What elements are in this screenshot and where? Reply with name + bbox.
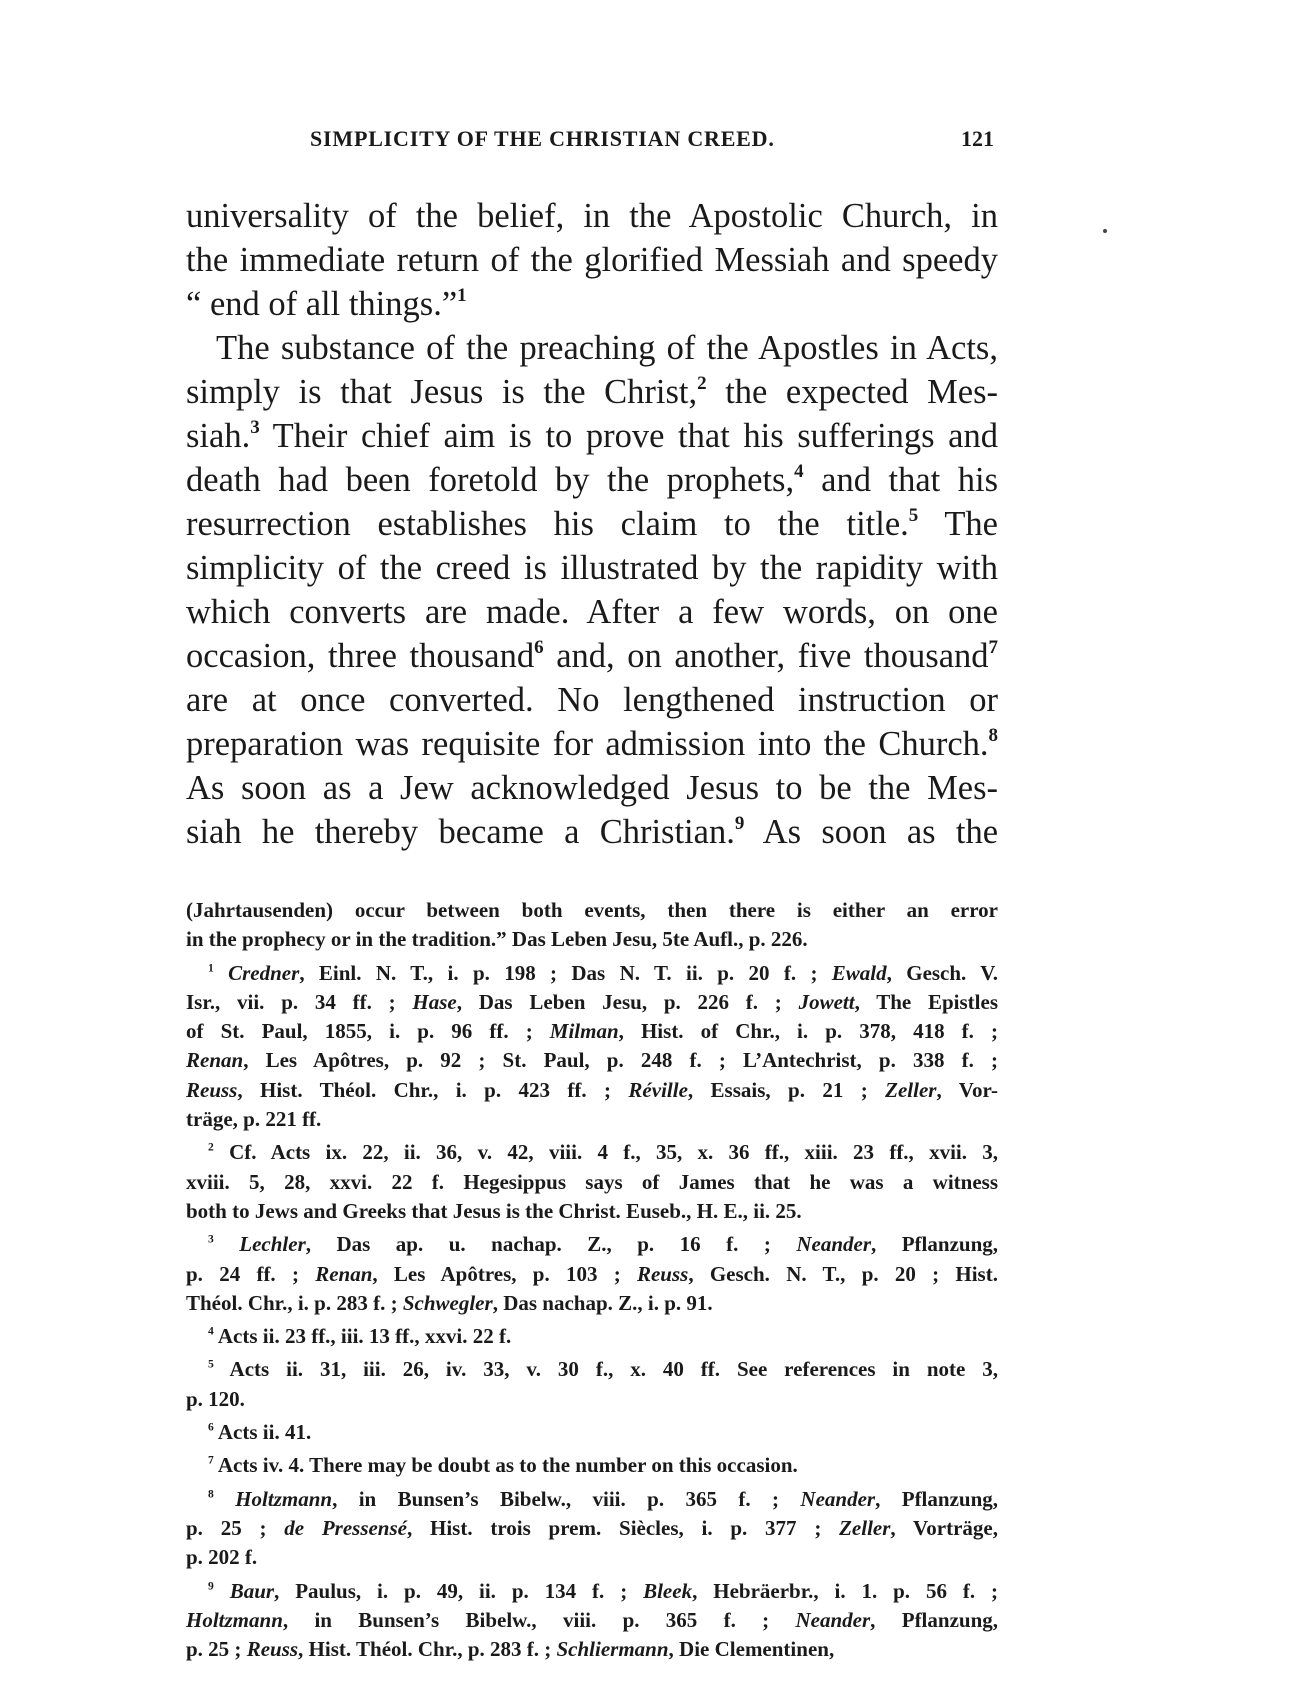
body-line-text: death had been foretold by the prophets,	[186, 461, 794, 499]
body-line-text: Their chief aim is to prove that his suf…	[260, 417, 998, 455]
cited-author: de Pressensé	[284, 1516, 407, 1540]
footnote-mark: 6	[208, 1421, 214, 1433]
cited-author: Renan	[186, 1048, 243, 1072]
body-line: the immediate return of the glorified Me…	[186, 238, 998, 282]
cited-author: Baur	[230, 1579, 274, 1603]
footnote-5-line: 5 Acts ii. 31, iii. 26, iv. 33, v. 30 f.…	[186, 1355, 998, 1384]
body-line: simplicity of the creed is illustrated b…	[186, 546, 998, 590]
cited-author: Réville	[628, 1078, 687, 1102]
footnote-continuation-line: in the prophecy or in the tradition.” Da…	[186, 925, 998, 954]
footnote-mark: 9	[208, 1580, 214, 1592]
footnote-7-line: 7 Acts iv. 4. There may be doubt as to t…	[186, 1451, 998, 1480]
body-line-text: The	[918, 505, 998, 543]
footnote-4-line: 4 Acts ii. 23 ff., iii. 13 ff., xxvi. 22…	[186, 1322, 998, 1351]
body-line-text: “ end of all things.”	[186, 285, 457, 323]
footnote-1-line: Renan, Les Apôtres, p. 92 ; St. Paul, p.…	[186, 1046, 998, 1075]
body-line: The substance of the preaching of the Ap…	[186, 326, 998, 370]
body-line: death had been foretold by the prophets,…	[186, 458, 998, 502]
footnote-ref[interactable]: 1	[457, 285, 466, 306]
cited-author: Zeller	[839, 1516, 890, 1540]
footnote-1-line: of St. Paul, 1855, i. p. 96 ff. ; Milman…	[186, 1017, 998, 1046]
footnote-mark: 8	[208, 1488, 214, 1500]
cited-author: Zeller	[885, 1078, 936, 1102]
footnote-mark: 3	[208, 1234, 214, 1246]
footnote-ref[interactable]: 4	[794, 461, 803, 482]
body-line: “ end of all things.”1	[186, 282, 998, 326]
footnote-continuation-line: (Jahrtausenden) occur between both event…	[186, 896, 998, 925]
footnote-mark: 4	[208, 1326, 214, 1338]
body-line: resurrection establishes his claim to th…	[186, 502, 998, 546]
body-line-text: simplicity of the creed is illustrated b…	[186, 549, 998, 587]
body-text: universality of the belief, in the Apost…	[186, 194, 998, 854]
cited-author: Jowett	[799, 990, 855, 1014]
body-line-text: preparation was requisite for admission …	[186, 725, 989, 763]
body-line-text: are at once converted. No lengthened ins…	[186, 681, 998, 719]
footnote-ref[interactable]: 7	[989, 637, 998, 658]
cited-author: Reuss	[186, 1078, 237, 1102]
footnote-1-line: Reuss, Hist. Théol. Chr., i. p. 423 ff. …	[186, 1076, 998, 1105]
footnote-2-line: both to Jews and Greeks that Jesus is th…	[186, 1197, 998, 1226]
footnote-mark: 1	[208, 962, 214, 974]
footnote-ref[interactable]: 5	[909, 505, 918, 526]
footnote-6-line: 6 Acts ii. 41.	[186, 1418, 998, 1447]
footnote-1-line: 1 Credner, Einl. N. T., i. p. 198 ; Das …	[186, 959, 998, 988]
footnote-ref[interactable]: 8	[989, 725, 998, 746]
footnote-9-line: Holtzmann, in Bunsen’s Bibelw., viii. p.…	[186, 1606, 998, 1635]
footnote-9-line: 9 Baur, Paulus, i. p. 49, ii. p. 134 f. …	[186, 1577, 998, 1606]
body-line-text: As soon as the	[744, 813, 998, 851]
footnote-1-line: Isr., vii. p. 34 ff. ; Hase, Das Leben J…	[186, 988, 998, 1017]
cited-author: Credner	[228, 961, 299, 985]
body-line-text: and, on another, five thousand	[544, 637, 989, 675]
body-line: preparation was requisite for admission …	[186, 722, 998, 766]
cited-author: Neander	[796, 1608, 871, 1632]
running-title: SIMPLICITY OF THE CHRISTIAN CREED.	[310, 126, 775, 152]
body-line-text: and that his	[804, 461, 998, 499]
footnote-3-line: Théol. Chr., i. p. 283 f. ; Schwegler, D…	[186, 1289, 998, 1318]
footnote-2-line: 2 Cf. Acts ix. 22, ii. 36, v. 42, viii. …	[186, 1138, 998, 1167]
footnote-1-line: träge, p. 221 ff.	[186, 1105, 998, 1134]
cited-author: Reuss	[247, 1637, 298, 1661]
cited-author: Bleek	[643, 1579, 692, 1603]
body-line-text: universality of the belief, in the Apost…	[186, 197, 998, 235]
footnotes: (Jahrtausenden) occur between both event…	[186, 896, 998, 1664]
footnote-mark: 2	[208, 1142, 214, 1154]
body-line-text: resurrection establishes his claim to th…	[186, 505, 909, 543]
print-speck	[1103, 229, 1107, 233]
footnote-ref[interactable]: 2	[697, 373, 706, 394]
cited-author: Schliermann	[557, 1637, 669, 1661]
footnote-ref[interactable]: 9	[735, 813, 744, 834]
cited-author: Holtzmann	[235, 1487, 332, 1511]
body-line-text: the expected Mes-	[707, 373, 998, 411]
footnote-9-line: p. 25 ; Reuss, Hist. Théol. Chr., p. 283…	[186, 1635, 998, 1664]
body-line: As soon as a Jew acknowledged Jesus to b…	[186, 766, 998, 810]
body-line-text: The substance of the preaching of the Ap…	[216, 329, 998, 367]
body-line: universality of the belief, in the Apost…	[186, 194, 998, 238]
footnote-3-line: p. 24 ff. ; Renan, Les Apôtres, p. 103 ;…	[186, 1260, 998, 1289]
running-head: SIMPLICITY OF THE CHRISTIAN CREED. 121	[185, 126, 1000, 156]
body-line-text: the immediate return of the glorified Me…	[186, 241, 998, 279]
cited-author: Lechler	[239, 1232, 305, 1256]
body-line-text: which converts are made. After a few wor…	[186, 593, 998, 631]
book-page: SIMPLICITY OF THE CHRISTIAN CREED. 121 u…	[0, 0, 1292, 1700]
body-line-text: siah.	[186, 417, 250, 455]
body-line: siah.3 Their chief aim is to prove that …	[186, 414, 998, 458]
body-line: are at once converted. No lengthened ins…	[186, 678, 998, 722]
footnote-3-line: 3 Lechler, Das ap. u. nachap. Z., p. 16 …	[186, 1230, 998, 1259]
footnote-8-line: p. 25 ; de Pressensé, Hist. trois prem. …	[186, 1514, 998, 1543]
body-line: occasion, three thousand6 and, on anothe…	[186, 634, 998, 678]
cited-author: Schwegler	[403, 1291, 493, 1315]
cited-author: Hase	[412, 990, 456, 1014]
footnote-ref[interactable]: 6	[534, 637, 543, 658]
body-line: siah he thereby became a Christian.9 As …	[186, 810, 998, 854]
body-line-text: As soon as a Jew acknowledged Jesus to b…	[186, 769, 998, 807]
body-line: which converts are made. After a few wor…	[186, 590, 998, 634]
footnote-mark: 7	[208, 1455, 214, 1467]
footnote-mark: 5	[208, 1359, 214, 1371]
body-line-text: occasion, three thousand	[186, 637, 534, 675]
cited-author: Renan	[315, 1262, 372, 1286]
cited-author: Neander	[796, 1232, 871, 1256]
footnote-ref[interactable]: 3	[250, 417, 259, 438]
cited-author: Neander	[800, 1487, 875, 1511]
body-line: simply is that Jesus is the Christ,2 the…	[186, 370, 998, 414]
page-number: 121	[961, 126, 994, 152]
cited-author: Milman	[550, 1019, 619, 1043]
footnote-5-line: p. 120.	[186, 1385, 998, 1414]
cited-author: Holtzmann	[186, 1608, 283, 1632]
body-line-text: siah he thereby became a Christian.	[186, 813, 735, 851]
body-line-text: simply is that Jesus is the Christ,	[186, 373, 697, 411]
cited-author: Reuss	[637, 1262, 688, 1286]
footnote-2-line: xviii. 5, 28, xxvi. 22 f. Hegesippus say…	[186, 1168, 998, 1197]
footnote-8-line: 8 Holtzmann, in Bunsen’s Bibelw., viii. …	[186, 1485, 998, 1514]
cited-author: Ewald	[832, 961, 887, 985]
footnote-8-line: p. 202 f.	[186, 1543, 998, 1572]
